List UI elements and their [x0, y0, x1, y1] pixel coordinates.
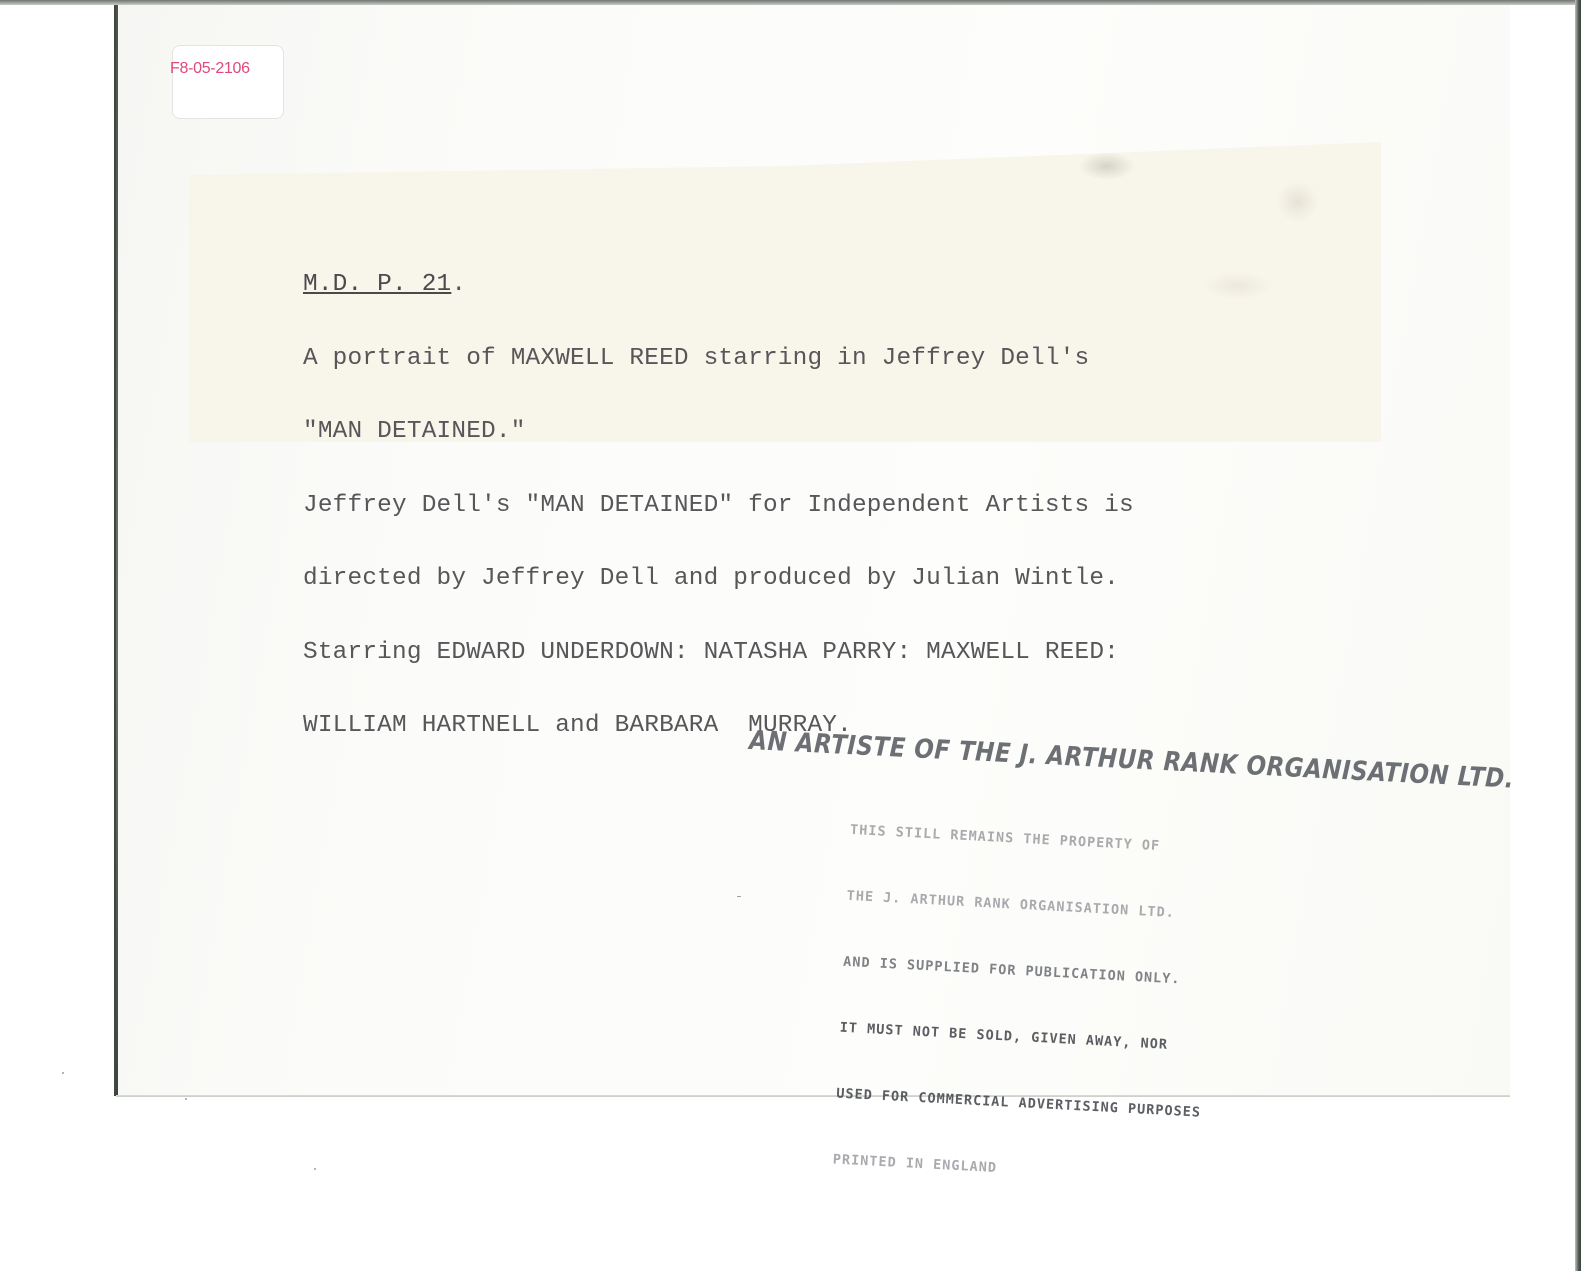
- stamp-line: PRINTED IN ENGLAND: [832, 1148, 1198, 1189]
- caption-reference-line: M.D. P. 21.: [303, 273, 1134, 298]
- stamp-line: THE J. ARTHUR RANK ORGANISATION LTD.: [846, 885, 1212, 926]
- inventory-sticker: [172, 45, 284, 119]
- caption-reference-suffix: .: [451, 271, 466, 298]
- inventory-code: F8-05-2106: [170, 60, 250, 78]
- caption-line: "MAN DETAINED.": [303, 420, 1134, 445]
- dust-speck: [314, 1168, 316, 1170]
- stamp-line: AND IS SUPPLIED FOR PUBLICATION ONLY.: [843, 951, 1209, 992]
- dust-speck: [62, 1072, 64, 1074]
- caption-line: A portrait of MAXWELL REED starring in J…: [303, 347, 1134, 372]
- scanner-edge-right: [1575, 0, 1581, 1271]
- stamp-line: IT MUST NOT BE SOLD, GIVEN AWAY, NOR: [839, 1017, 1205, 1058]
- caption-line: Jeffrey Dell's "MAN DETAINED" for Indepe…: [303, 494, 1134, 519]
- stamp-line: THIS STILL REMAINS THE PROPERTY OF: [850, 819, 1216, 860]
- caption-line: WILLIAM HARTNELL and BARBARA MURRAY.: [303, 714, 1134, 739]
- caption-line: directed by Jeffrey Dell and produced by…: [303, 567, 1134, 592]
- dust-speck: [737, 896, 741, 897]
- dust-speck: [185, 1098, 187, 1100]
- caption-text: M.D. P. 21. A portrait of MAXWELL REED s…: [303, 224, 1134, 763]
- stamp-line: USED FOR COMMERCIAL ADVERTISING PURPOSES: [836, 1083, 1202, 1124]
- caption-line: Starring EDWARD UNDERDOWN: NATASHA PARRY…: [303, 641, 1134, 666]
- caption-reference: M.D. P. 21: [303, 271, 451, 298]
- copyright-stamp: THIS STILL REMAINS THE PROPERTY OF THE J…: [831, 775, 1217, 1212]
